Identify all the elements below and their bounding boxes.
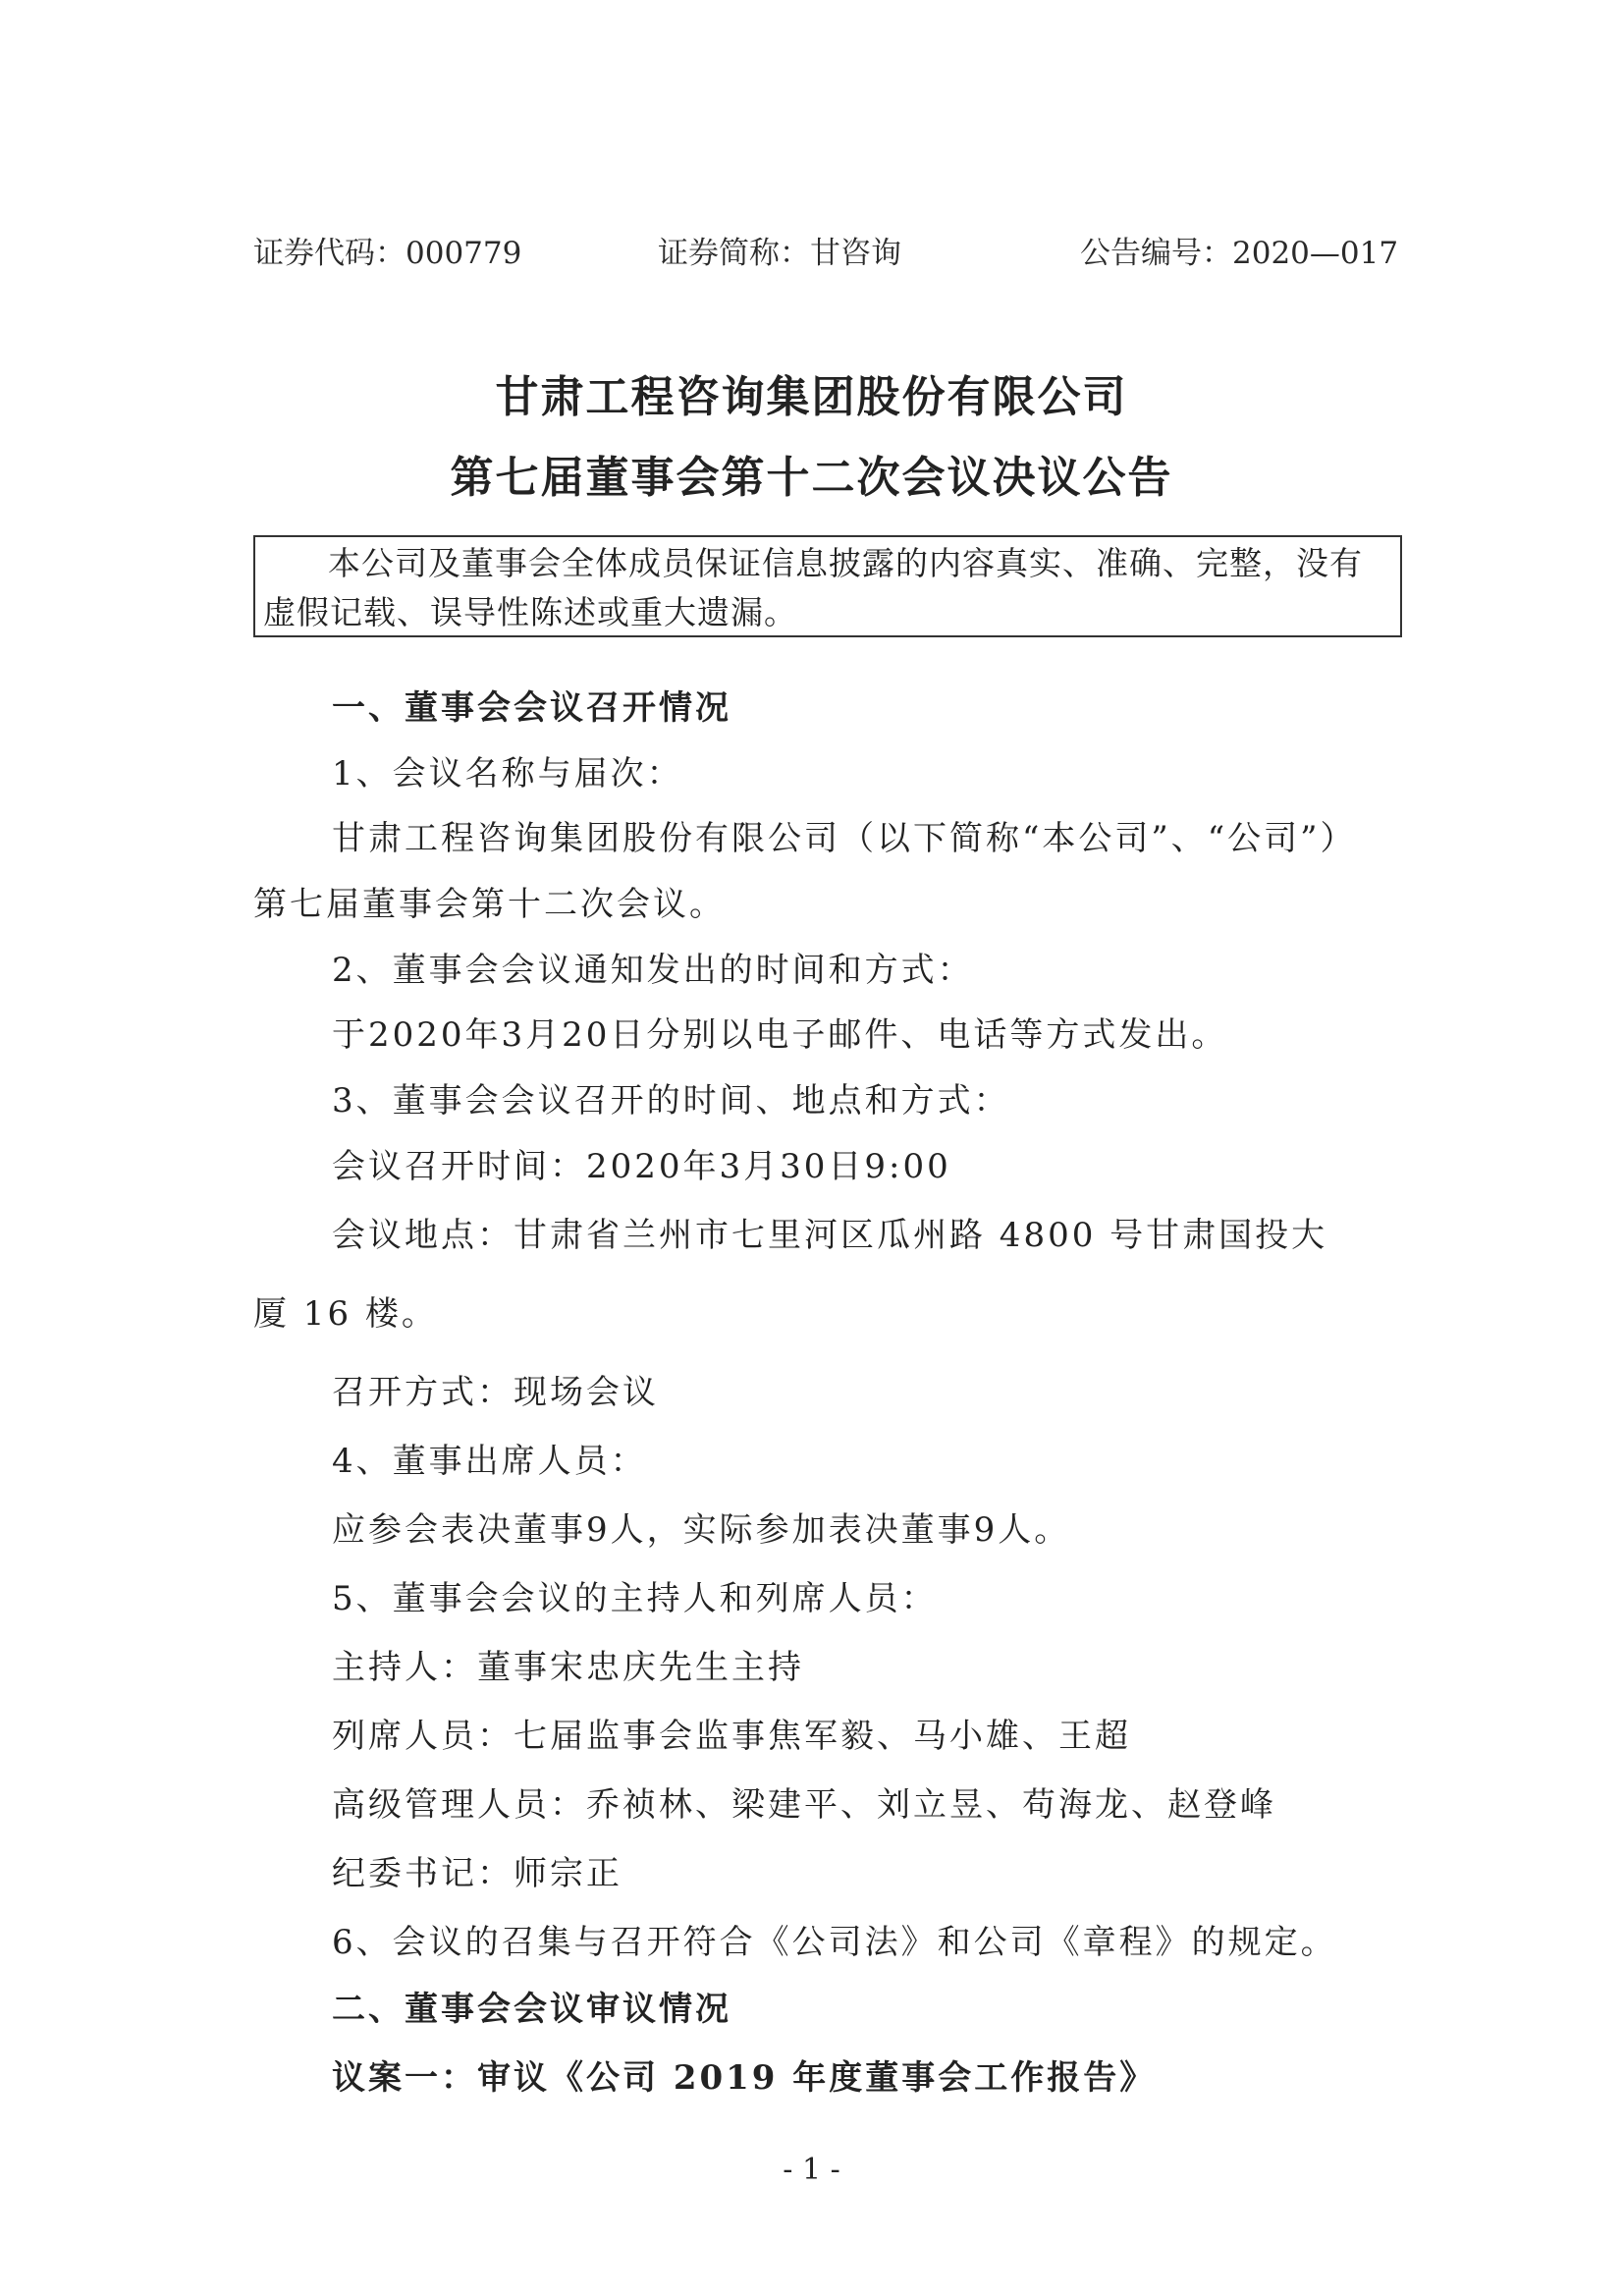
- section-heading-meeting-convening: 一、董事会会议召开情况: [332, 681, 731, 729]
- page-number: - 1 -: [0, 2153, 1623, 2187]
- item-5-discipline-secretary: 纪委书记：师宗正: [332, 1846, 622, 1894]
- item-1-label: 1、会议名称与届次：: [332, 746, 683, 794]
- item-3-meeting-place-line-b: 厦 16 楼。: [253, 1286, 438, 1335]
- item-2-label: 2、董事会会议通知发出的时间和方式：: [332, 943, 974, 991]
- item-2-text: 于2020年3月20日分别以电子邮件、电话等方式发出。: [332, 1008, 1227, 1056]
- item-1-text-line-b: 第七届董事会第十二次会议。: [253, 877, 726, 925]
- company-title: 甘肃工程咨询集团股份有限公司: [0, 361, 1623, 424]
- item-3-meeting-place-line-a: 会议地点：甘肃省兰州市七里河区瓜州路 4800 号甘肃国投大: [332, 1208, 1327, 1256]
- item-3-label: 3、董事会会议召开的时间、地点和方式：: [332, 1073, 1010, 1121]
- section-heading-board-review: 二、董事会会议审议情况: [332, 1982, 731, 2030]
- announcement-title: 第七届董事会第十二次会议决议公告: [0, 442, 1623, 505]
- announcement-number: 公告编号：2020—017: [1080, 228, 1398, 272]
- item-3-meeting-mode: 召开方式：现场会议: [332, 1365, 659, 1413]
- item-4-text: 应参会表决董事9人，实际参加表决董事9人。: [332, 1503, 1070, 1551]
- item-5-attendees: 列席人员：七届监事会监事焦军毅、马小雄、王超: [332, 1709, 1131, 1757]
- disclosure-statement-box: 本公司及董事会全体成员保证信息披露的内容真实、准确、完整，没有虚假记载、误导性陈…: [253, 535, 1402, 637]
- item-1-text-line-a: 甘肃工程咨询集团股份有限公司（以下简称“本公司”、“公司”）: [332, 811, 1357, 859]
- item-4-label: 4、董事出席人员：: [332, 1434, 647, 1482]
- proposal-1-title: 议案一：审议《公司 2019 年度董事会工作报告》: [332, 2050, 1156, 2099]
- item-5-label: 5、董事会会议的主持人和列席人员：: [332, 1571, 938, 1619]
- stock-abbreviation: 证券简称：甘咨询: [658, 228, 901, 272]
- item-5-senior-managers: 高级管理人员：乔祯林、梁建平、刘立昱、苟海龙、赵登峰: [332, 1777, 1276, 1826]
- document-page: 证券代码：000779 证券简称：甘咨询 公告编号：2020—017 甘肃工程咨…: [0, 0, 1623, 2296]
- item-5-host: 主持人：董事宋忠庆先生主持: [332, 1640, 804, 1688]
- stock-code: 证券代码：000779: [253, 228, 521, 272]
- document-header: 证券代码：000779 证券简称：甘咨询 公告编号：2020—017: [253, 228, 1392, 277]
- item-3-meeting-time: 会议召开时间：2020年3月30日9:00: [332, 1139, 951, 1187]
- item-6-text: 6、会议的召集与召开符合《公司法》和公司《章程》的规定。: [332, 1915, 1337, 1963]
